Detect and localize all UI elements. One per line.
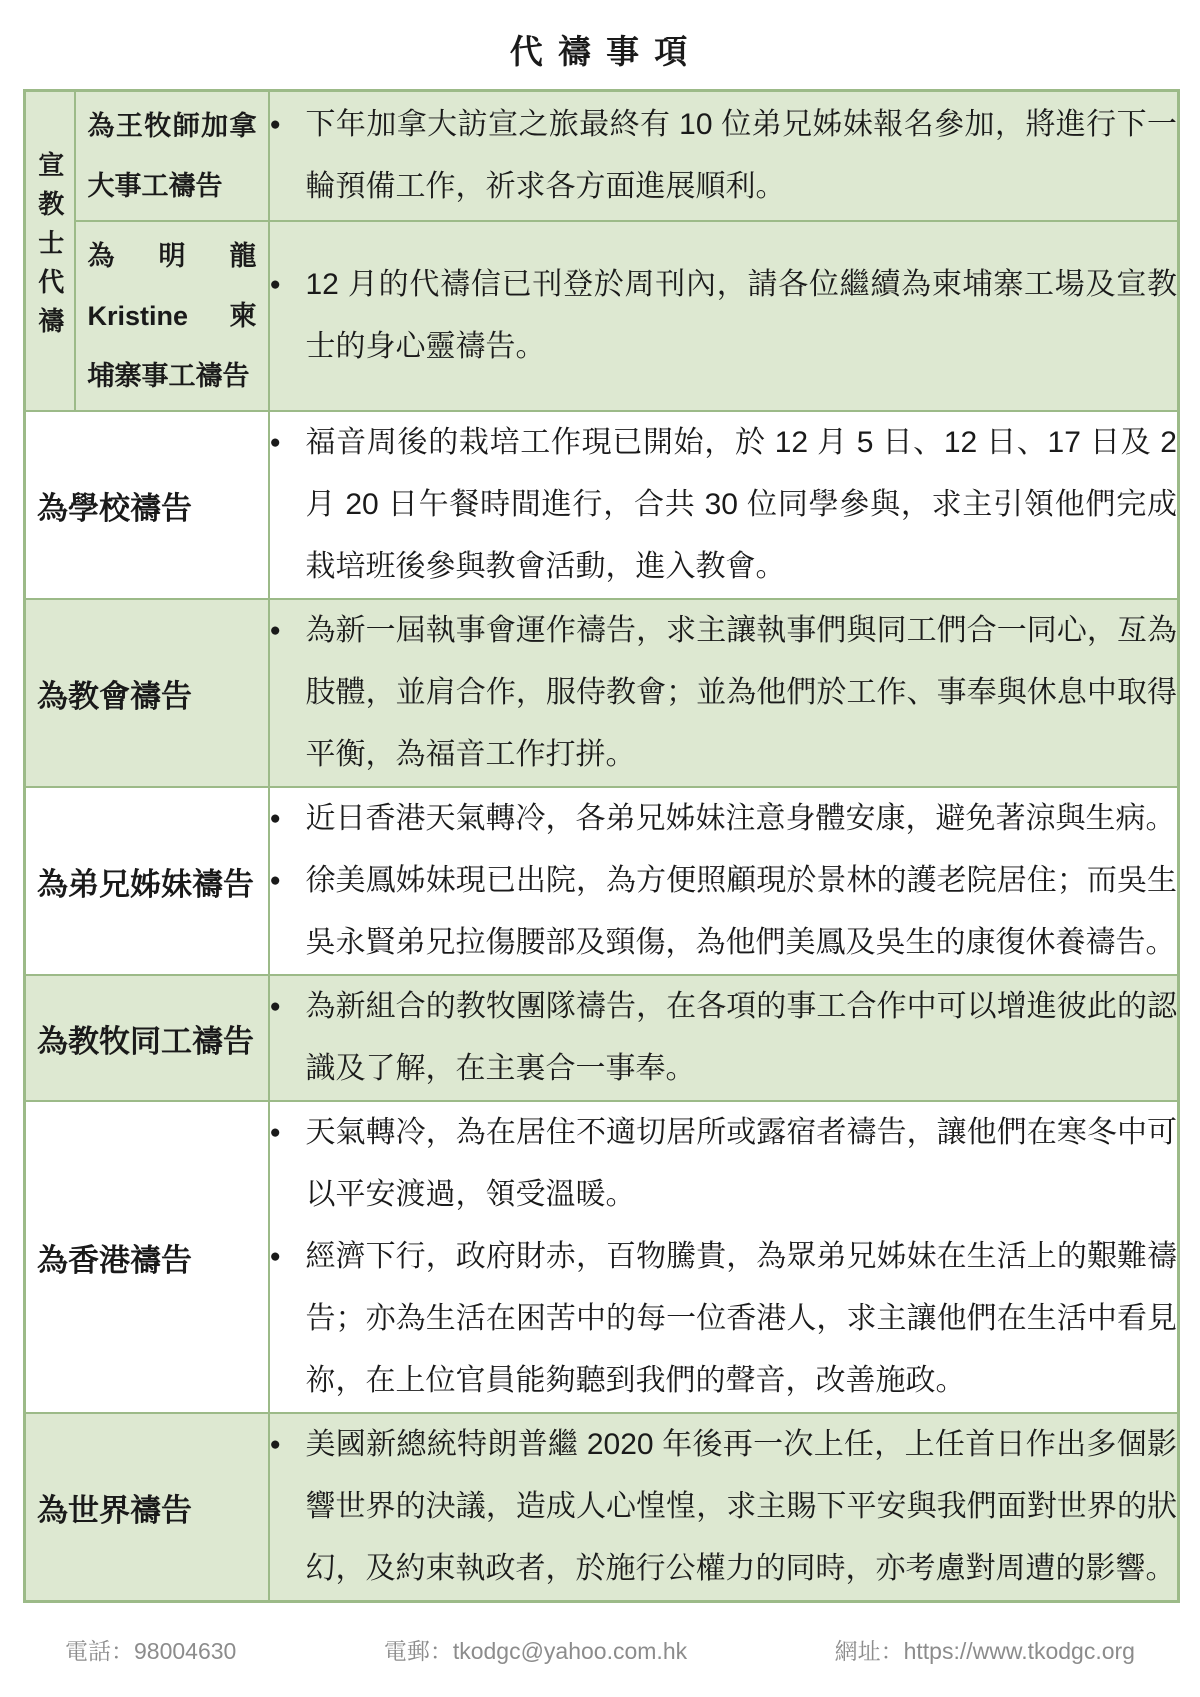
bullet-item: ● 天氣轉冷，為在居住不適切居所或露宿者禱告，讓他們在寒冬中可以平安渡過，領受溫… [270, 1102, 1178, 1226]
bullet-icon: ● [270, 976, 306, 1038]
row-label-line: 埔寨事工禱告 [88, 346, 257, 406]
bullet-item: ● 近日香港天氣轉冷，各弟兄姊妹注意身體安康，避免著涼與生病。 [270, 788, 1178, 850]
table-row-hong-kong: 為香港禱告 ● 天氣轉冷，為在居住不適切居所或露宿者禱告，讓他們在寒冬中可以平安… [25, 1101, 1179, 1413]
row-label: 為王牧師加拿大事工禱告 [88, 96, 257, 216]
row-label: 為教牧同工禱告 [37, 1024, 254, 1059]
table-row-brothers-sisters: 為弟兄姊妹禱告 ● 近日香港天氣轉冷，各弟兄姊妹注意身體安康，避免著涼與生病。 … [25, 787, 1179, 975]
row-label-line: 為明龍 [88, 226, 257, 286]
row-label-line: Kristine 柬 [88, 286, 257, 346]
bullet-icon: ● [270, 94, 306, 156]
row-content-cell-brothers-sisters: ● 近日香港天氣轉冷，各弟兄姊妹注意身體安康，避免著涼與生病。 ● 徐美鳳姊妹現… [269, 787, 1179, 975]
bullet-item: ● 為新組合的教牧團隊禱告，在各項的事工合作中可以增進彼此的認識及了解，在主裏合… [270, 976, 1178, 1100]
footer-website: 網址：https://www.tkodgc.org [835, 1633, 1135, 1666]
bullet-icon: ● [270, 254, 306, 316]
row-label-cell-brothers-sisters: 為弟兄姊妹禱告 [25, 787, 269, 975]
row-content-cell-school: ● 福音周後的栽培工作現已開始，於 12 月 5 日、12 日、17 日及 2 … [269, 411, 1179, 599]
row-content-cell-canada: ● 下年加拿大訪宣之旅最終有 10 位弟兄姊妹報名參加，將進行下一輪預備工作，祈… [269, 91, 1179, 222]
bullet-item: ● 下年加拿大訪宣之旅最終有 10 位弟兄姊妹報名參加，將進行下一輪預備工作，祈… [270, 94, 1178, 218]
bullet-icon: ● [270, 850, 306, 912]
bullet-icon: ● [270, 412, 306, 474]
row-label-cell-world: 為世界禱告 [25, 1413, 269, 1602]
row-label-cell-canada: 為王牧師加拿大事工禱告 [75, 91, 269, 222]
bullet-item: ● 經濟下行，政府財赤，百物騰貴，為眾弟兄姊妹在生活上的艱難禱告；亦為生活在困苦… [270, 1226, 1178, 1412]
row-label: 為學校禱告 [37, 491, 192, 526]
page-footer: 電話：98004630 電郵：tkodgc@yahoo.com.hk 網址：ht… [23, 1633, 1177, 1666]
missionary-group-cell: 宣教士代禱 [25, 91, 75, 412]
row-label-cell-cambodia: 為明龍 Kristine 柬 埔寨事工禱告 [75, 221, 269, 411]
bullet-icon: ● [270, 788, 306, 850]
bullet-text: 12 月的代禱信已刊登於周刊內，請各位繼續為柬埔寨工場及宣教士的身心靈禱告。 [306, 254, 1178, 378]
bullet-text: 近日香港天氣轉冷，各弟兄姊妹注意身體安康，避免著涼與生病。 [306, 788, 1178, 850]
bullet-text: 下年加拿大訪宣之旅最終有 10 位弟兄姊妹報名參加，將進行下一輪預備工作，祈求各… [306, 94, 1178, 218]
table-row-missionary-cambodia: 為明龍 Kristine 柬 埔寨事工禱告 ● 12 月的代禱信已刊登於周刊內，… [25, 221, 1179, 411]
missionary-group-label: 宣教士代禱 [37, 151, 63, 346]
row-label-cell-school: 為學校禱告 [25, 411, 269, 599]
bullet-text: 經濟下行，政府財赤，百物騰貴，為眾弟兄姊妹在生活上的艱難禱告；亦為生活在困苦中的… [306, 1226, 1178, 1412]
bullet-text: 為新組合的教牧團隊禱告，在各項的事工合作中可以增進彼此的認識及了解，在主裏合一事… [306, 976, 1178, 1100]
row-label-cell-hong-kong: 為香港禱告 [25, 1101, 269, 1413]
row-label-cell-pastoral-staff: 為教牧同工禱告 [25, 975, 269, 1101]
table-row-world: 為世界禱告 ● 美國新總統特朗普繼 2020 年後再一次上任，上任首日作出多個影… [25, 1413, 1179, 1602]
row-content-cell-pastoral-staff: ● 為新組合的教牧團隊禱告，在各項的事工合作中可以增進彼此的認識及了解，在主裏合… [269, 975, 1179, 1101]
prayer-table: 宣教士代禱 為王牧師加拿大事工禱告 ● 下年加拿大訪宣之旅最終有 10 位弟兄姊… [23, 89, 1180, 1603]
table-row-church: 為教會禱告 ● 為新一屆執事會運作禱告，求主讓執事們與同工們合一同心，亙為肢體，… [25, 599, 1179, 787]
document-page: 代 禱 事 項 宣教士代禱 為王牧師加拿大事工禱告 ● 下年加拿大訪宣之旅最終有… [0, 0, 1200, 1697]
bullet-text: 福音周後的栽培工作現已開始，於 12 月 5 日、12 日、17 日及 2 月 … [306, 412, 1178, 598]
row-content-cell-world: ● 美國新總統特朗普繼 2020 年後再一次上任，上任首日作出多個影響世界的決議… [269, 1413, 1179, 1602]
bullet-icon: ● [270, 600, 306, 662]
row-content-cell-hong-kong: ● 天氣轉冷，為在居住不適切居所或露宿者禱告，讓他們在寒冬中可以平安渡過，領受溫… [269, 1101, 1179, 1413]
bullet-icon: ● [270, 1414, 306, 1476]
bullet-text: 美國新總統特朗普繼 2020 年後再一次上任，上任首日作出多個影響世界的決議，造… [306, 1414, 1178, 1600]
page-title: 代 禱 事 項 [23, 26, 1177, 73]
bullet-item: ● 12 月的代禱信已刊登於周刊內，請各位繼續為柬埔寨工場及宣教士的身心靈禱告。 [270, 254, 1178, 378]
footer-phone: 電話：98004630 [65, 1633, 236, 1666]
bullet-item: ● 美國新總統特朗普繼 2020 年後再一次上任，上任首日作出多個影響世界的決議… [270, 1414, 1178, 1600]
bullet-item: ● 徐美鳳姊妹現已出院，為方便照顧現於景林的護老院居住；而吳生吳永賢弟兄拉傷腰部… [270, 850, 1178, 974]
table-row-school: 為學校禱告 ● 福音周後的栽培工作現已開始，於 12 月 5 日、12 日、17… [25, 411, 1179, 599]
table-row-missionary-canada: 宣教士代禱 為王牧師加拿大事工禱告 ● 下年加拿大訪宣之旅最終有 10 位弟兄姊… [25, 91, 1179, 222]
row-label: 為弟兄姊妹禱告 [37, 867, 254, 902]
row-label: 為香港禱告 [37, 1243, 192, 1278]
row-label: 為世界禱告 [37, 1493, 192, 1528]
row-label-cell-church: 為教會禱告 [25, 599, 269, 787]
bullet-text: 天氣轉冷，為在居住不適切居所或露宿者禱告，讓他們在寒冬中可以平安渡過，領受溫暖。 [306, 1102, 1178, 1226]
bullet-text: 為新一屆執事會運作禱告，求主讓執事們與同工們合一同心，亙為肢體，並肩合作，服侍教… [306, 600, 1178, 786]
bullet-text: 徐美鳳姊妹現已出院，為方便照顧現於景林的護老院居住；而吳生吳永賢弟兄拉傷腰部及頸… [306, 850, 1178, 974]
bullet-icon: ● [270, 1226, 306, 1288]
table-row-pastoral-staff: 為教牧同工禱告 ● 為新組合的教牧團隊禱告，在各項的事工合作中可以增進彼此的認識… [25, 975, 1179, 1101]
bullet-item: ● 福音周後的栽培工作現已開始，於 12 月 5 日、12 日、17 日及 2 … [270, 412, 1178, 598]
row-label: 為教會禱告 [37, 679, 192, 714]
bullet-item: ● 為新一屆執事會運作禱告，求主讓執事們與同工們合一同心，亙為肢體，並肩合作，服… [270, 600, 1178, 786]
footer-email: 電郵：tkodgc@yahoo.com.hk [384, 1633, 687, 1666]
row-content-cell-cambodia: ● 12 月的代禱信已刊登於周刊內，請各位繼續為柬埔寨工場及宣教士的身心靈禱告。 [269, 221, 1179, 411]
row-content-cell-church: ● 為新一屆執事會運作禱告，求主讓執事們與同工們合一同心，亙為肢體，並肩合作，服… [269, 599, 1179, 787]
bullet-icon: ● [270, 1102, 306, 1164]
